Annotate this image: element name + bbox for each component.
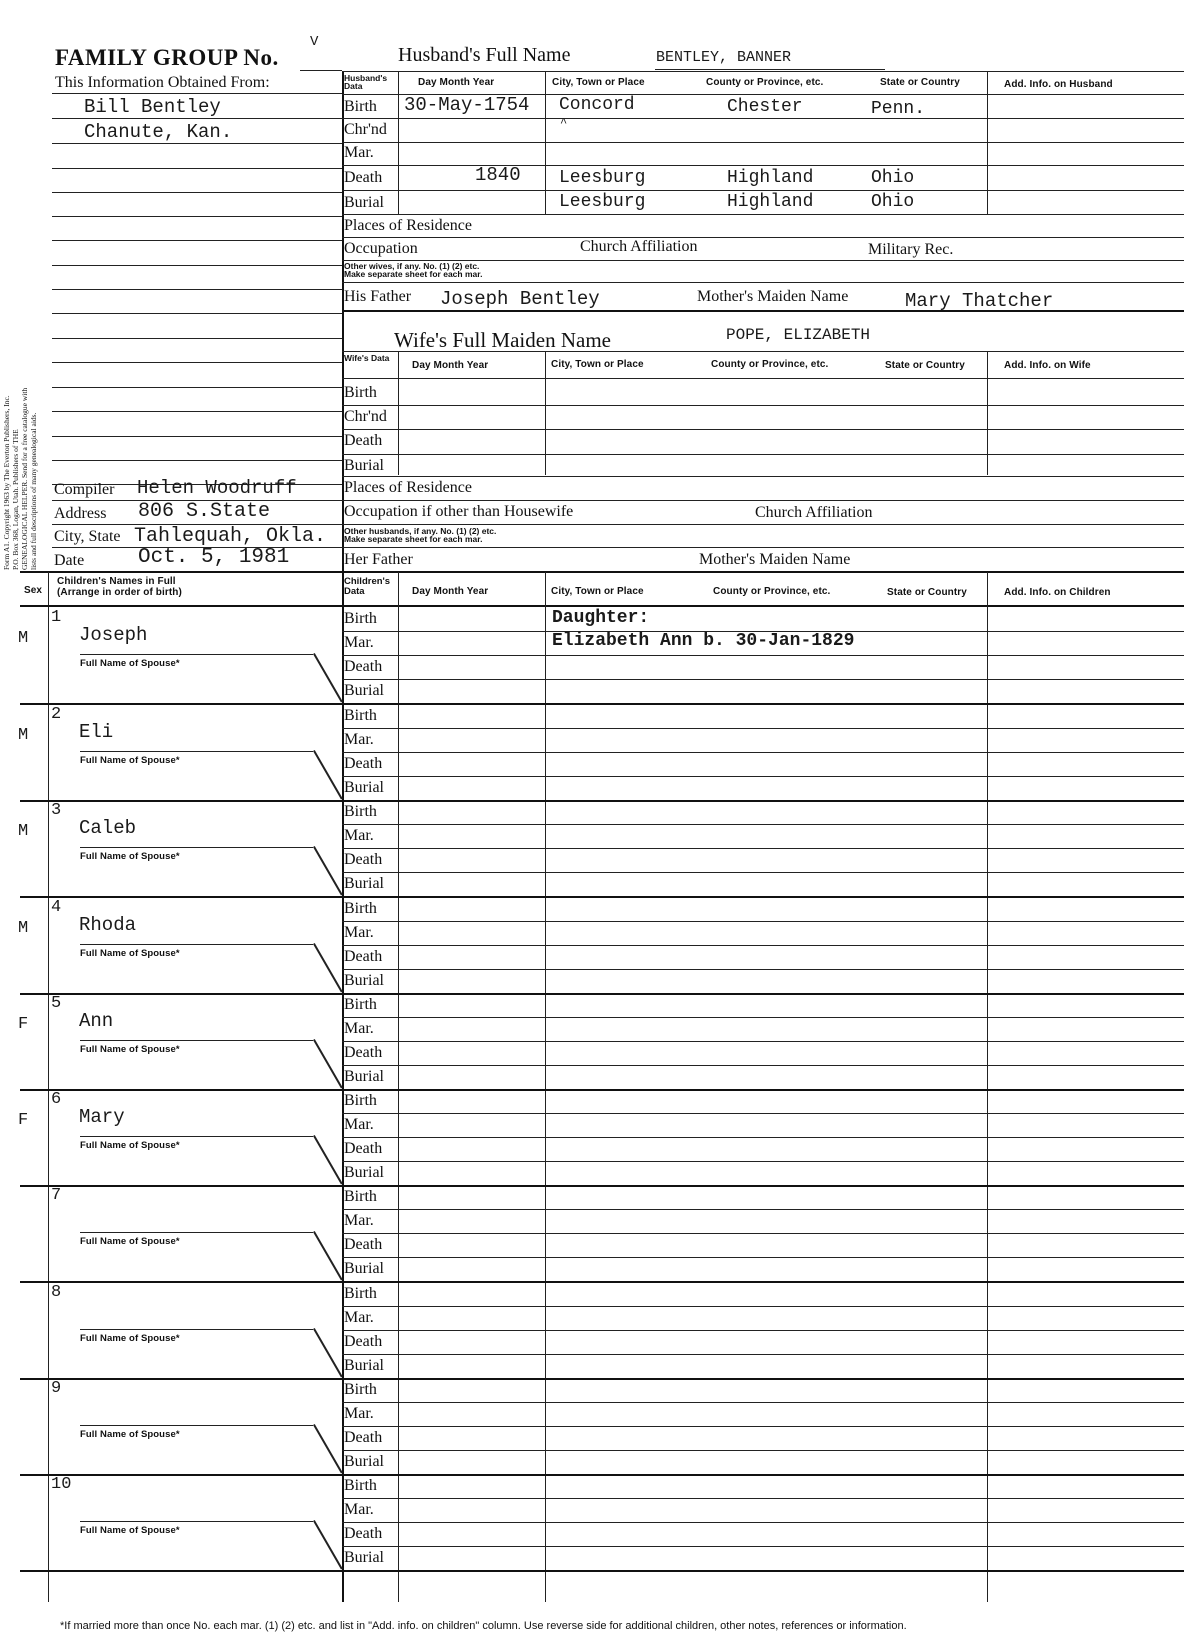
child-name[interactable]: Mary [79,1106,125,1128]
child-event-label: Burial [344,1260,384,1278]
child-sex[interactable]: M [18,726,28,745]
husband-burial-label: Burial [344,194,384,212]
spouse-line [313,1231,343,1280]
child-event-label: Burial [344,779,384,797]
child-number: 9 [51,1379,61,1398]
husband-death-state[interactable]: Ohio [871,168,914,188]
child-event-label: Burial [344,682,384,700]
his-mother-label: Mother's Maiden Name [697,288,848,306]
sex-header: Sex [24,585,42,596]
col-add-info-children-header: Add. Info. on Children [1004,587,1111,598]
child-event-label: Birth [344,803,377,821]
compiler-date[interactable]: Oct. 5, 1981 [138,546,289,569]
children-names-header: Children's Names in Full(Arrange in orde… [57,576,182,598]
child-number: 3 [51,801,61,820]
spouse-line [313,1328,343,1377]
spouse-line [313,1424,343,1473]
husband-christened-city[interactable]: ^ [560,116,567,130]
spouse-label: Full Name of Spouse* [80,1429,180,1440]
wife-church-label: Church Affiliation [755,504,872,522]
child-number: 1 [51,608,61,627]
child-note-line-1[interactable]: Daughter: [552,608,649,628]
child-event-label: Birth [344,610,377,628]
children-col-state-header: State or Country [887,587,967,598]
wife-burial-label: Burial [344,457,384,475]
spouse-label: Full Name of Spouse* [80,1140,180,1151]
col-add-info-husband-header: Add. Info. on Husband [1004,79,1113,90]
child-number: 5 [51,994,61,1013]
form-title: FAMILY GROUP No. [55,45,279,71]
child-name[interactable]: Eli [79,721,113,743]
child-sex[interactable]: F [18,1015,28,1034]
compiler-name[interactable]: Helen Woodruff [137,477,297,499]
husband-marriage-label: Mar. [344,144,374,162]
child-number: 10 [51,1475,71,1494]
compiler-address[interactable]: 806 S.State [138,500,270,523]
date-label: Date [54,552,84,570]
child-event-label: Death [344,1140,382,1158]
child-event-label: Mar. [344,1116,374,1134]
child-sex[interactable]: M [18,629,28,648]
spouse-label: Full Name of Spouse* [80,1525,180,1536]
child-event-label: Mar. [344,731,374,749]
child-sex[interactable]: M [18,919,28,938]
child-event-label: Burial [344,1164,384,1182]
husband-death-city[interactable]: Leesburg [559,168,645,188]
wife-occupation-label: Occupation if other than Housewife [344,503,573,521]
address-label: Address [54,505,106,523]
child-event-label: Mar. [344,1501,374,1519]
copyright-notice: Form A1. Copyright 1963 by The Everton P… [2,300,42,570]
wife-death-label: Death [344,432,382,450]
wife-col-county-header: County or Province, etc. [711,359,828,370]
obtained-from-line-2[interactable]: Chanute, Kan. [84,121,232,143]
wife-col-state-header: State or Country [885,360,965,371]
husband-name-label: Husband's Full Name [398,44,570,67]
child-event-label: Mar. [344,1020,374,1038]
family-group-number[interactable]: V [310,34,318,50]
child-event-label: Death [344,1525,382,1543]
husband-birth-date[interactable]: 30-May-1754 [404,94,529,116]
wife-full-name[interactable]: POPE, ELIZABETH [726,326,870,344]
husband-data-header: Husband's Data [344,74,399,90]
husband-christened-label: Chr'nd [344,121,387,139]
child-event-label: Mar. [344,827,374,845]
spouse-label: Full Name of Spouse* [80,755,180,766]
child-event-label: Birth [344,1092,377,1110]
col-date-header: Day Month Year [418,77,494,88]
spouse-label: Full Name of Spouse* [80,1236,180,1247]
spouse-line [313,1520,343,1569]
child-event-label: Birth [344,707,377,725]
husband-death-date[interactable]: 1840 [475,164,521,186]
child-event-label: Death [344,1429,382,1447]
child-event-label: Birth [344,1477,377,1495]
spouse-label: Full Name of Spouse* [80,1044,180,1055]
husband-birth-state[interactable]: Penn. [871,99,925,119]
children-col-city-header: City, Town or Place [551,586,644,597]
other-husbands-note: Other husbands, if any. No. (1) (2) etc.… [344,527,496,543]
child-number: 7 [51,1186,61,1205]
spouse-line [313,750,343,799]
city-state-label: City, State [54,528,121,546]
child-number: 4 [51,898,61,917]
child-event-label: Mar. [344,1405,374,1423]
child-event-label: Death [344,948,382,966]
child-event-label: Death [344,755,382,773]
husband-death-county[interactable]: Highland [727,168,813,188]
child-name[interactable]: Rhoda [79,914,136,936]
child-number: 8 [51,1283,61,1302]
wife-data-header: Wife's Data [344,354,394,362]
obtained-from-line-1[interactable]: Bill Bentley [84,96,221,118]
child-event-label: Burial [344,875,384,893]
child-event-label: Birth [344,1285,377,1303]
husband-residence-label: Places of Residence [344,217,472,235]
child-event-label: Birth [344,900,377,918]
col-state-header: State or Country [880,77,960,88]
husband-burial-city[interactable]: Leesburg [559,192,645,212]
child-event-label: Burial [344,972,384,990]
child-event-label: Birth [344,996,377,1014]
husband-birth-county[interactable]: Chester [727,97,803,117]
children-data-header: Children's Data [344,577,399,597]
husband-military-label: Military Rec. [868,241,953,259]
child-number: 6 [51,1090,61,1109]
spouse-label: Full Name of Spouse* [80,1333,180,1344]
spouse-line [313,653,343,702]
children-col-county-header: County or Province, etc. [713,586,830,597]
wife-christened-label: Chr'nd [344,408,387,426]
child-sex[interactable]: M [18,822,28,841]
child-event-label: Burial [344,1453,384,1471]
child-name[interactable]: Joseph [79,624,147,646]
child-event-label: Burial [344,1549,384,1567]
husband-burial-state[interactable]: Ohio [871,192,914,212]
husband-death-label: Death [344,169,382,187]
col-add-info-wife-header: Add. Info. on Wife [1004,360,1091,371]
child-event-label: Burial [344,1357,384,1375]
his-father-name[interactable]: Joseph Bentley [440,288,600,310]
child-name[interactable]: Ann [79,1010,113,1032]
child-event-label: Death [344,1044,382,1062]
spouse-label: Full Name of Spouse* [80,851,180,862]
child-number: 2 [51,705,61,724]
husband-birth-city[interactable]: Concord [559,95,635,115]
children-col-date-header: Day Month Year [412,586,488,597]
husband-birth-label: Birth [344,98,377,116]
wife-col-date-header: Day Month Year [412,360,488,371]
child-event-label: Death [344,851,382,869]
child-note-line-2[interactable]: Elizabeth Ann b. 30-Jan-1829 [552,631,854,651]
spouse-line [313,846,343,895]
obtained-from-label: This Information Obtained From: [55,74,270,92]
child-sex[interactable]: F [18,1111,28,1130]
spouse-label: Full Name of Spouse* [80,658,180,669]
compiler-city-state[interactable]: Tahlequah, Okla. [134,525,326,548]
his-mother-name[interactable]: Mary Thatcher [905,290,1053,312]
child-event-label: Death [344,1333,382,1351]
her-mother-label: Mother's Maiden Name [699,551,850,569]
husband-occupation-label: Occupation [344,240,418,258]
child-event-label: Mar. [344,634,374,652]
husband-burial-county[interactable]: Highland [727,192,813,212]
husband-full-name[interactable]: BENTLEY, BANNER [656,49,791,66]
col-county-header: County or Province, etc. [706,77,823,88]
child-event-label: Death [344,658,382,676]
child-event-label: Mar. [344,1212,374,1230]
child-event-label: Burial [344,1068,384,1086]
footer-note: *If married more than once No. each mar.… [60,1620,907,1632]
spouse-label: Full Name of Spouse* [80,948,180,959]
child-event-label: Birth [344,1381,377,1399]
child-event-label: Mar. [344,1309,374,1327]
his-father-label: His Father [344,288,411,306]
spouse-line [313,943,343,992]
husband-church-label: Church Affiliation [580,238,697,256]
her-father-label: Her Father [344,551,413,569]
wife-name-label: Wife's Full Maiden Name [394,328,611,353]
child-event-label: Mar. [344,924,374,942]
compiler-label: Compiler [54,481,114,499]
child-event-label: Birth [344,1188,377,1206]
child-event-label: Death [344,1236,382,1254]
wife-col-city-header: City, Town or Place [551,359,644,370]
spouse-line [313,1039,343,1088]
wife-residence-label: Places of Residence [344,479,472,497]
col-city-header: City, Town or Place [552,77,645,88]
other-wives-note: Other wives, if any. No. (1) (2) etc.Mak… [344,262,482,278]
child-name[interactable]: Caleb [79,817,136,839]
spouse-line [313,1135,343,1184]
wife-birth-label: Birth [344,384,377,402]
